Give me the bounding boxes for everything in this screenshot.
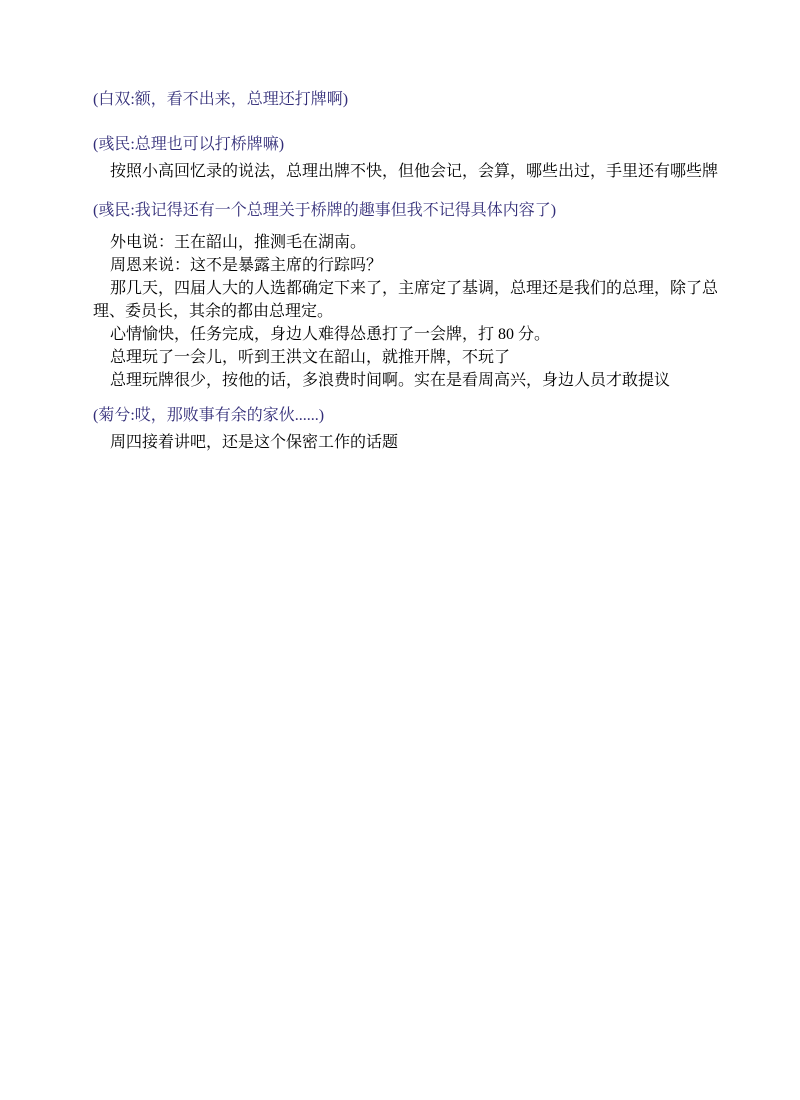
quote-line-juxi: (菊兮:哎，那败事有余的家伙......)	[93, 404, 743, 427]
document-text-block: (白双:额，看不出来，总理还打牌啊) (彧民:总理也可以打桥牌嘛) 按照小高回忆…	[93, 88, 743, 454]
body-line-congress: 那几天，四届人大的人选都确定下来了，主席定了基调，总理还是我们的总理，除了总理、…	[93, 277, 743, 323]
document-page: (白双:额，看不出来，总理还打牌啊) (彧民:总理也可以打桥牌嘛) 按照小高回忆…	[0, 0, 800, 1100]
body-line-foreign-press: 外电说：王在韶山，推测毛在湖南。	[93, 231, 743, 254]
quote-line-yumin-1: (彧民:总理也可以打桥牌嘛)	[93, 133, 743, 156]
body-line-memoir: 按照小高回忆录的说法，总理出牌不快，但他会记，会算，哪些出过，手里还有哪些牌	[93, 160, 743, 183]
body-line-zhou-reply: 周恩来说：这不是暴露主席的行踪吗？	[93, 254, 743, 277]
quote-line-yumin-2: (彧民:我记得还有一个总理关于桥牌的趣事但我不记得具体内容了)	[93, 199, 743, 222]
body-line-card-game: 心情愉快，任务完成，身边人难得怂恿打了一会牌，打 80 分。	[93, 323, 743, 346]
quote-line-baishuang: (白双:额，看不出来，总理还打牌啊)	[93, 88, 743, 111]
body-line-thursday: 周四接着讲吧，还是这个保密工作的话题	[93, 431, 743, 454]
body-line-stopped-playing: 总理玩了一会儿，听到王洪文在韶山，就推开牌，不玩了	[93, 346, 743, 369]
body-line-rarely-played: 总理玩牌很少，按他的话，多浪费时间啊。实在是看周高兴，身边人员才敢提议	[93, 369, 743, 392]
